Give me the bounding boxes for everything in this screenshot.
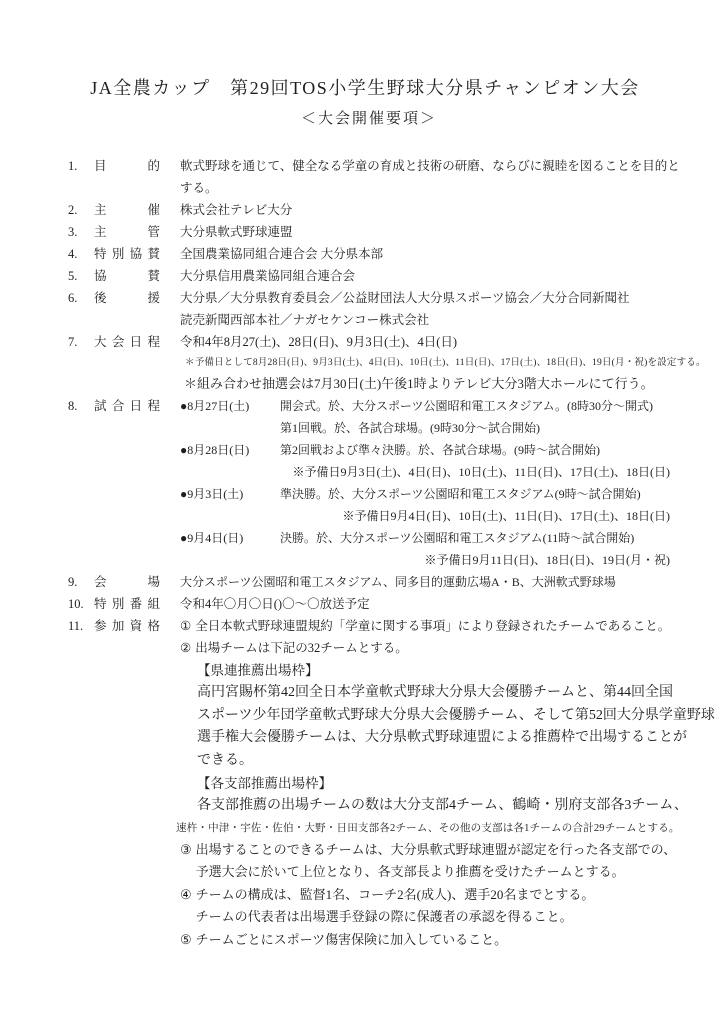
schedule-desc-line: 準決勝。於、大分スポーツ公園昭和電工スタジアム(9時～試合開始) <box>280 483 670 505</box>
item-label: 大会日程 <box>94 331 160 353</box>
item-label: 会場 <box>94 571 160 593</box>
schedule-date: ●9月4日(日) <box>180 527 280 549</box>
rule-3-line2: 予選大会に於いて上位となり、各支部長より推薦を受けたチームとする。 <box>196 861 670 884</box>
item-label: 主管 <box>94 221 160 243</box>
item-venue: 9. 会場 大分スポーツ公園昭和電工スタジアム、同多目的運動広場A・B、大洲軟式… <box>68 571 670 593</box>
schedule-desc: 準決勝。於、大分スポーツ公園昭和電工スタジアム(9時～試合開始) ※予備日9月4… <box>280 483 670 527</box>
items-list: 1. 目的 軟式野球を通じて、健全なる学童の育成と技術の研磨、ならびに親睦を図る… <box>68 155 670 951</box>
venue-text: 大分スポーツ公園昭和電工スタジアム、同多目的運動広場A・B、大洲軟式野球場 <box>180 571 670 593</box>
item-number: 6. <box>68 287 94 309</box>
item-label: 主催 <box>94 199 160 221</box>
schedule-row: ●8月27日(土) 開会式。於、大分スポーツ公園昭和電工スタジアム。(8時30分… <box>180 395 670 439</box>
schedule-row: ●9月3日(土) 準決勝。於、大分スポーツ公園昭和電工スタジアム(9時～試合開始… <box>180 483 670 527</box>
schedule-desc: 開会式。於、大分スポーツ公園昭和電工スタジアム。(8時30分～開式) 第1回戦。… <box>280 395 670 439</box>
schedule-reserve-note: ※予備日9月3日(土)、4日(日)、10日(土)、11日(日)、17日(土)、1… <box>280 461 670 483</box>
shibu-block: 【各支部推薦出場枠】 各支部推薦の出場チームの数は大分支部4チーム、鶴崎・別府支… <box>197 772 670 839</box>
item-schedule: 8. 試合日程 ●8月27日(土) 開会式。於、大分スポーツ公園昭和電工スタジア… <box>68 395 670 571</box>
kenren-block: 【県連推薦出場枠】 高円宮賜杯第42回全日本学童軟式野球大分県大会優勝チームと、… <box>197 659 670 772</box>
schedule-desc: 決勝。於、大分スポーツ公園昭和電工スタジアム(11時～試合開始) ※予備日9月1… <box>280 527 670 571</box>
schedule-table: ●8月27日(土) 開会式。於、大分スポーツ公園昭和電工スタジアム。(8時30分… <box>180 395 670 571</box>
rule-2: ② 出場チームは下記の32チームとする。 <box>180 637 670 659</box>
kenren-header: 【県連推薦出場枠】 <box>197 659 670 682</box>
document-subtitle: ＜大会開催要項＞ <box>68 107 670 128</box>
rule-5: ⑤ チームごとにスポーツ傷害保険に加入していること。 <box>180 929 670 952</box>
item-purpose: 1. 目的 軟式野球を通じて、健全なる学童の育成と技術の研磨、ならびに親睦を図る… <box>68 155 670 199</box>
item-number: 10. <box>68 593 94 615</box>
rule-text: チームごとにスポーツ傷害保険に加入していること。 <box>196 929 670 952</box>
purpose-line2: する。 <box>180 177 670 199</box>
item-content: 令和4年8月27(土)、28日(日)、9月3日(土)、4日(日) ＊予備日として… <box>180 331 670 395</box>
item-label: 協賛 <box>94 265 160 287</box>
kenren-line3: 選手権大会優勝チームは、大分県軟式野球連盟による推薦枠で出場することが <box>197 727 670 750</box>
schedule-desc-line: 第1回戦。於、各試合球場。(9時30分～試合開始) <box>280 417 670 439</box>
schedule-desc-line: 開会式。於、大分スポーツ公園昭和電工スタジアム。(8時30分～開式) <box>280 395 670 417</box>
rule-1: ① 全日本軟式野球連盟規約「学童に関する事項」により登録されたチームであること。 <box>180 615 670 637</box>
rule-text: 出場することのできるチームは、大分県軟式野球連盟が認定を行った各支部での、 予選… <box>196 839 670 884</box>
item-content: 軟式野球を通じて、健全なる学童の育成と技術の研磨、ならびに親睦を図ることを目的と… <box>180 155 670 199</box>
kenren-line4: できる。 <box>197 750 670 773</box>
item-label: 後援 <box>94 287 160 309</box>
schedule-date: ●8月27日(土) <box>180 395 280 417</box>
item-support: 6. 後援 大分県／大分県教育委員会／公益財団法人大分県スポーツ協会／大分合同新… <box>68 287 670 331</box>
shibu-header: 【各支部推薦出場枠】 <box>197 772 670 795</box>
item-number: 8. <box>68 395 94 417</box>
item-label: 目的 <box>94 155 160 177</box>
item-number: 11. <box>68 615 94 637</box>
item-label: 試合日程 <box>94 395 160 417</box>
schedule-date: ●8月28日(日) <box>180 439 280 461</box>
item-number: 1. <box>68 155 94 177</box>
sponsor-text: 大分県信用農業協同組合連合会 <box>180 265 670 287</box>
schedule-row: ●8月28日(日) 第2回戦および準々決勝。於、各試合球場。(9時～試合開始) … <box>180 439 670 483</box>
schedule-desc: 第2回戦および準々決勝。於、各試合球場。(9時～試合開始) ※予備日9月3日(土… <box>280 439 670 483</box>
document-page: JA全農カップ 第29回TOS小学生野球大分県チャンピオン大会 ＜大会開催要項＞… <box>0 0 724 1024</box>
rule-4-line1: チームの構成は、監督1名、コーチ2名(成人)、選手20名までとする。 <box>196 884 670 907</box>
item-program: 10. 特別番組 令和4年〇月〇日()〇～〇放送予定 <box>68 593 670 615</box>
item-number: 2. <box>68 199 94 221</box>
schedule-reserve-note: ※予備日9月4日(日)、10日(土)、11日(日)、17日(土)、18日(日) <box>280 505 670 527</box>
item-content: 大分県／大分県教育委員会／公益財団法人大分県スポーツ協会／大分合同新聞社 読売新… <box>180 287 670 331</box>
rule-mark: ① <box>180 615 191 637</box>
item-label: 特別番組 <box>94 593 160 615</box>
purpose-line1: 軟式野球を通じて、健全なる学童の育成と技術の研磨、ならびに親睦を図ることを目的と <box>180 155 670 177</box>
item-number: 9. <box>68 571 94 593</box>
shibu-line1: 各支部推薦の出場チームの数は大分支部4チーム、鶴崎・別府支部各3チーム、 <box>197 795 670 818</box>
item-number: 3. <box>68 221 94 243</box>
schedule-desc-line: 決勝。於、大分スポーツ公園昭和電工スタジアム(11時～試合開始) <box>280 527 670 549</box>
rule-4: ④ チームの構成は、監督1名、コーチ2名(成人)、選手20名までとする。 チーム… <box>180 884 670 929</box>
rule-mark: ④ <box>180 884 192 907</box>
item-label: 参加資格 <box>94 615 160 637</box>
schedule-date: ●9月3日(土) <box>180 483 280 505</box>
kenren-line2: スポーツ少年団学童軟式野球大分県大会優勝チーム、そして第52回大分県学童野球 <box>197 705 670 728</box>
item-eligibility: 11. 参加資格 ① 全日本軟式野球連盟規約「学童に関する事項」により登録された… <box>68 615 670 951</box>
dates-reserve-note: ＊予備日として8月28日(日)、9月3日(土)、4日(日)、10日(土)、11日… <box>185 353 670 373</box>
schedule-desc-line: 第2回戦および準々決勝。於、各試合球場。(9時～試合開始) <box>280 439 670 461</box>
rule-3-line1: 出場することのできるチームは、大分県軟式野球連盟が認定を行った各支部での、 <box>196 839 670 862</box>
item-number: 7. <box>68 331 94 353</box>
item-host: 2. 主催 株式会社テレビ大分 <box>68 199 670 221</box>
host-text: 株式会社テレビ大分 <box>180 199 670 221</box>
item-dates: 7. 大会日程 令和4年8月27(土)、28日(日)、9月3日(土)、4日(日)… <box>68 331 670 395</box>
schedule-row: ●9月4日(日) 決勝。於、大分スポーツ公園昭和電工スタジアム(11時～試合開始… <box>180 527 670 571</box>
rule-mark: ⑤ <box>180 929 192 952</box>
item-label: 特別協賛 <box>94 243 160 265</box>
dates-main: 令和4年8月27(土)、28日(日)、9月3日(土)、4日(日) <box>180 331 670 353</box>
special-sponsor-text: 全国農業協同組合連合会 大分県本部 <box>180 243 670 265</box>
dates-draw-note: ＊組み合わせ抽選会は7月30日(土)午後1時よりテレビ大分3階大ホールにて行う。 <box>184 373 670 395</box>
eligibility-rules: ① 全日本軟式野球連盟規約「学童に関する事項」により登録されたチームであること。… <box>180 615 670 951</box>
kenren-line1: 高円宮賜杯第42回全日本学童軟式野球大分県大会優勝チームと、第44回全国 <box>197 682 670 705</box>
item-special-sponsor: 4. 特別協賛 全国農業協同組合連合会 大分県本部 <box>68 243 670 265</box>
rule-mark: ② <box>180 637 191 659</box>
rule-text: 出場チームは下記の32チームとする。 <box>195 637 670 659</box>
support-line1: 大分県／大分県教育委員会／公益財団法人大分県スポーツ協会／大分合同新聞社 <box>180 287 670 309</box>
shibu-line2: 速杵・中津・宇佐・佐伯・大野・日田支部各2チーム、その他の支部は各1チームの合計… <box>176 818 670 839</box>
rule-text: 全日本軟式野球連盟規約「学童に関する事項」により登録されたチームであること。 <box>195 615 670 637</box>
item-number: 4. <box>68 243 94 265</box>
rule-text: チームの構成は、監督1名、コーチ2名(成人)、選手20名までとする。 チームの代… <box>196 884 670 929</box>
item-sponsor: 5. 協賛 大分県信用農業協同組合連合会 <box>68 265 670 287</box>
rule-3: ③ 出場することのできるチームは、大分県軟式野球連盟が認定を行った各支部での、 … <box>180 839 670 884</box>
admin-text: 大分県軟式野球連盟 <box>180 221 670 243</box>
program-text: 令和4年〇月〇日()〇～〇放送予定 <box>180 593 670 615</box>
item-admin: 3. 主管 大分県軟式野球連盟 <box>68 221 670 243</box>
rule-4-line2: チームの代表者は出場選手登録の際に保護者の承認を得ること。 <box>196 906 670 929</box>
schedule-reserve-note: ※予備日9月11日(日)、18日(日)、19日(月・祝) <box>280 549 670 571</box>
item-number: 5. <box>68 265 94 287</box>
rule-mark: ③ <box>180 839 192 862</box>
support-line2: 読売新聞西部本社／ナガセケンコー株式会社 <box>180 309 670 331</box>
document-title: JA全農カップ 第29回TOS小学生野球大分県チャンピオン大会 <box>60 74 670 100</box>
